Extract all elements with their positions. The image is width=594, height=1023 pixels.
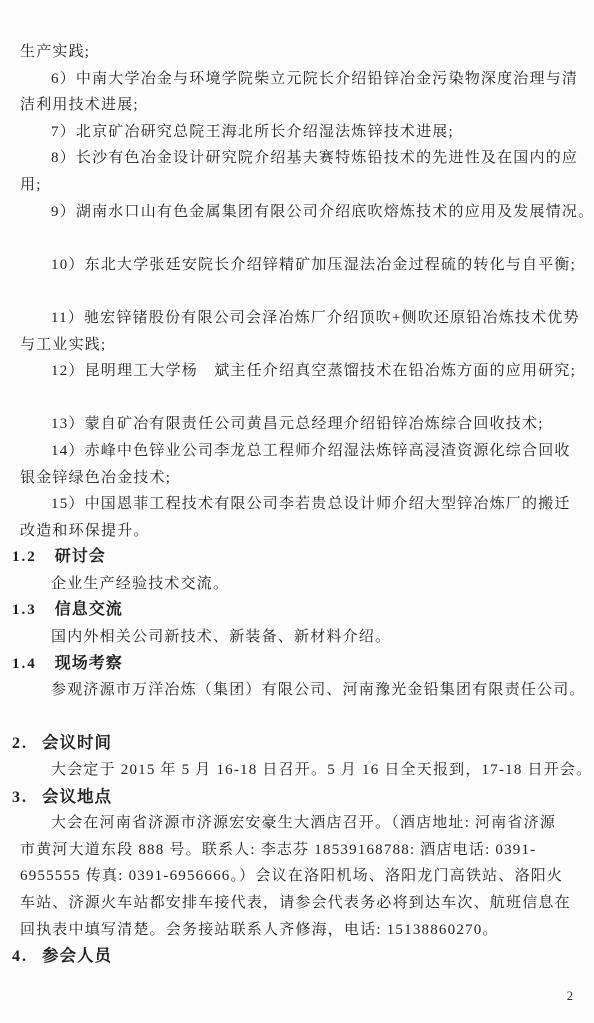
heading-title: 研讨会 [55, 548, 106, 565]
doc-line: 11）驰宏锌锗股份有限公司会泽冶炼厂介绍顶吹+侧吹还原铅冶炼技术优势 [20, 305, 580, 332]
doc-line: 洁利用技术进展; [20, 92, 580, 119]
doc-line: 大会定于 2015 年 5 月 16-18 日召开。5 月 16 日全天报到，1… [20, 757, 580, 784]
blank-line [20, 704, 580, 731]
doc-line: 国内外相关公司新技术、新装备、新材料介绍。 [20, 624, 580, 651]
doc-line: 8）长沙有色冶金设计研究院介绍基夫赛特炼铅技术的先进性及在国内的应 [20, 145, 580, 172]
doc-line: 生产实践; [20, 39, 580, 66]
doc-line: 企业生产经验技术交流。 [20, 571, 580, 598]
heading-number: 1.3 [12, 602, 37, 618]
heading-title: 会议时间 [42, 734, 112, 752]
section-heading-l2: 1.2研讨会 [12, 544, 580, 571]
section-heading-l2: 1.4现场考察 [12, 651, 580, 678]
heading-number: 4. [12, 948, 28, 965]
section-heading-l1: 4.参会人员 [12, 943, 580, 970]
doc-line: 10）东北大学张廷安院长介绍锌精矿加压湿法冶金过程硫的转化与自平衡; [20, 252, 580, 279]
heading-title: 现场考察 [55, 655, 123, 672]
blank-line [20, 278, 580, 305]
doc-line: 6955555 传真: 0391-6956666。）会议在洛阳机场、洛阳龙门高铁… [20, 863, 580, 890]
heading-title: 会议地点 [42, 788, 112, 806]
doc-line: 回执表中填写清楚。会务接站联系人齐修海，电话: 15138860270。 [20, 917, 580, 944]
doc-line: 9）湖南水口山有色金属集团有限公司介绍底吹熔炼技术的应用及发展情况。 [20, 199, 580, 226]
doc-line: 市黄河大道东段 888 号。联系人: 李志芬 18539168788: 酒店电话… [20, 837, 580, 864]
doc-line: 车站、济源火车站都安排车接代表，请参会代表务必将到达车次、航班信息在 [20, 890, 580, 917]
doc-line: 与工业实践; [20, 332, 580, 359]
document-page: 生产实践; 6）中南大学冶金与环境学院柴立元院长介绍铅锌冶金污染物深度治理与清 … [0, 0, 594, 1023]
heading-title: 信息交流 [55, 601, 123, 618]
doc-line: 6）中南大学冶金与环境学院柴立元院长介绍铅锌冶金污染物深度治理与清 [20, 66, 580, 93]
doc-line: 银金锌绿色冶金技术; [20, 465, 580, 492]
blank-line [20, 385, 580, 412]
doc-line: 14）赤峰中色锌业公司李龙总工程师介绍湿法炼锌高浸渣资源化综合回收 [20, 438, 580, 465]
section-heading-l1: 3.会议地点 [12, 784, 580, 811]
section-heading-l1: 2.会议时间 [12, 730, 580, 757]
doc-line: 13）蒙自矿冶有限责任公司黄昌元总经理介绍铅锌冶炼综合回收技术; [20, 411, 580, 438]
page-number: 2 [567, 988, 573, 1004]
heading-number: 3. [12, 789, 28, 806]
doc-line: 7）北京矿冶研究总院王海北所长介绍湿法炼锌技术进展; [20, 119, 580, 146]
heading-number: 1.4 [12, 656, 37, 672]
doc-line: 15）中国恩菲工程技术有限公司李若贵总设计师介绍大型锌冶炼厂的搬迁 [20, 491, 580, 518]
doc-line: 大会在河南省济源市济源宏安豪生大酒店召开。（酒店地址: 河南省济源 [20, 810, 580, 837]
doc-line: 用; [20, 172, 580, 199]
section-heading-l2: 1.3信息交流 [12, 597, 580, 624]
heading-number: 1.2 [12, 549, 37, 565]
document-body: 生产实践; 6）中南大学冶金与环境学院柴立元院长介绍铅锌冶金污染物深度治理与清 … [20, 39, 580, 970]
heading-title: 参会人员 [42, 947, 112, 965]
blank-line [20, 225, 580, 252]
doc-line: 参观济源市万洋冶炼（集团）有限公司、河南豫光金铅集团有限责任公司。 [20, 677, 580, 704]
doc-line: 改造和环保提升。 [20, 518, 580, 545]
heading-number: 2. [12, 735, 28, 752]
doc-line: 12）昆明理工大学杨 斌主任介绍真空蒸馏技术在铅冶炼方面的应用研究; [20, 358, 580, 385]
